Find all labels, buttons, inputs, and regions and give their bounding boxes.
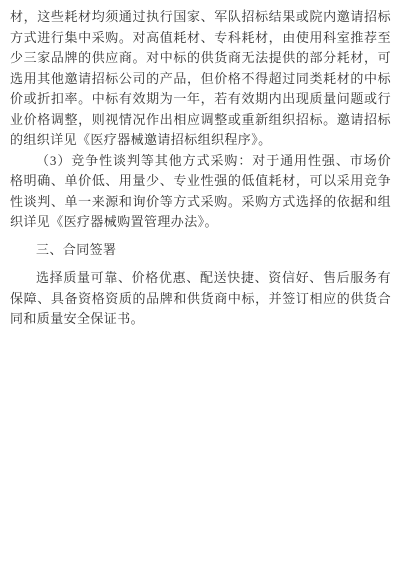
document-content: 材，这些耗材均须通过执行国家、军队招标结果或院内邀请招标方式进行集中采购。对高值… <box>10 7 391 330</box>
paragraph-procurement-continuation: 材，这些耗材均须通过执行国家、军队招标结果或院内邀请招标方式进行集中采购。对高值… <box>10 7 391 151</box>
document-page: 材，这些耗材均须通过执行国家、军队招标结果或院内邀请招标方式进行集中采购。对高值… <box>0 0 401 578</box>
section-heading-contract-signing: 三、合同签署 <box>10 240 391 261</box>
paragraph-competitive-negotiation: （3）竞争性谈判等其他方式采购：对于通用性强、市场价格明确、单价低、用量少、专业… <box>10 151 391 233</box>
paragraph-supplier-selection: 选择质量可靠、价格优惠、配送快捷、资信好、售后服务有保障、具备资格资质的品牌和供… <box>10 268 391 330</box>
